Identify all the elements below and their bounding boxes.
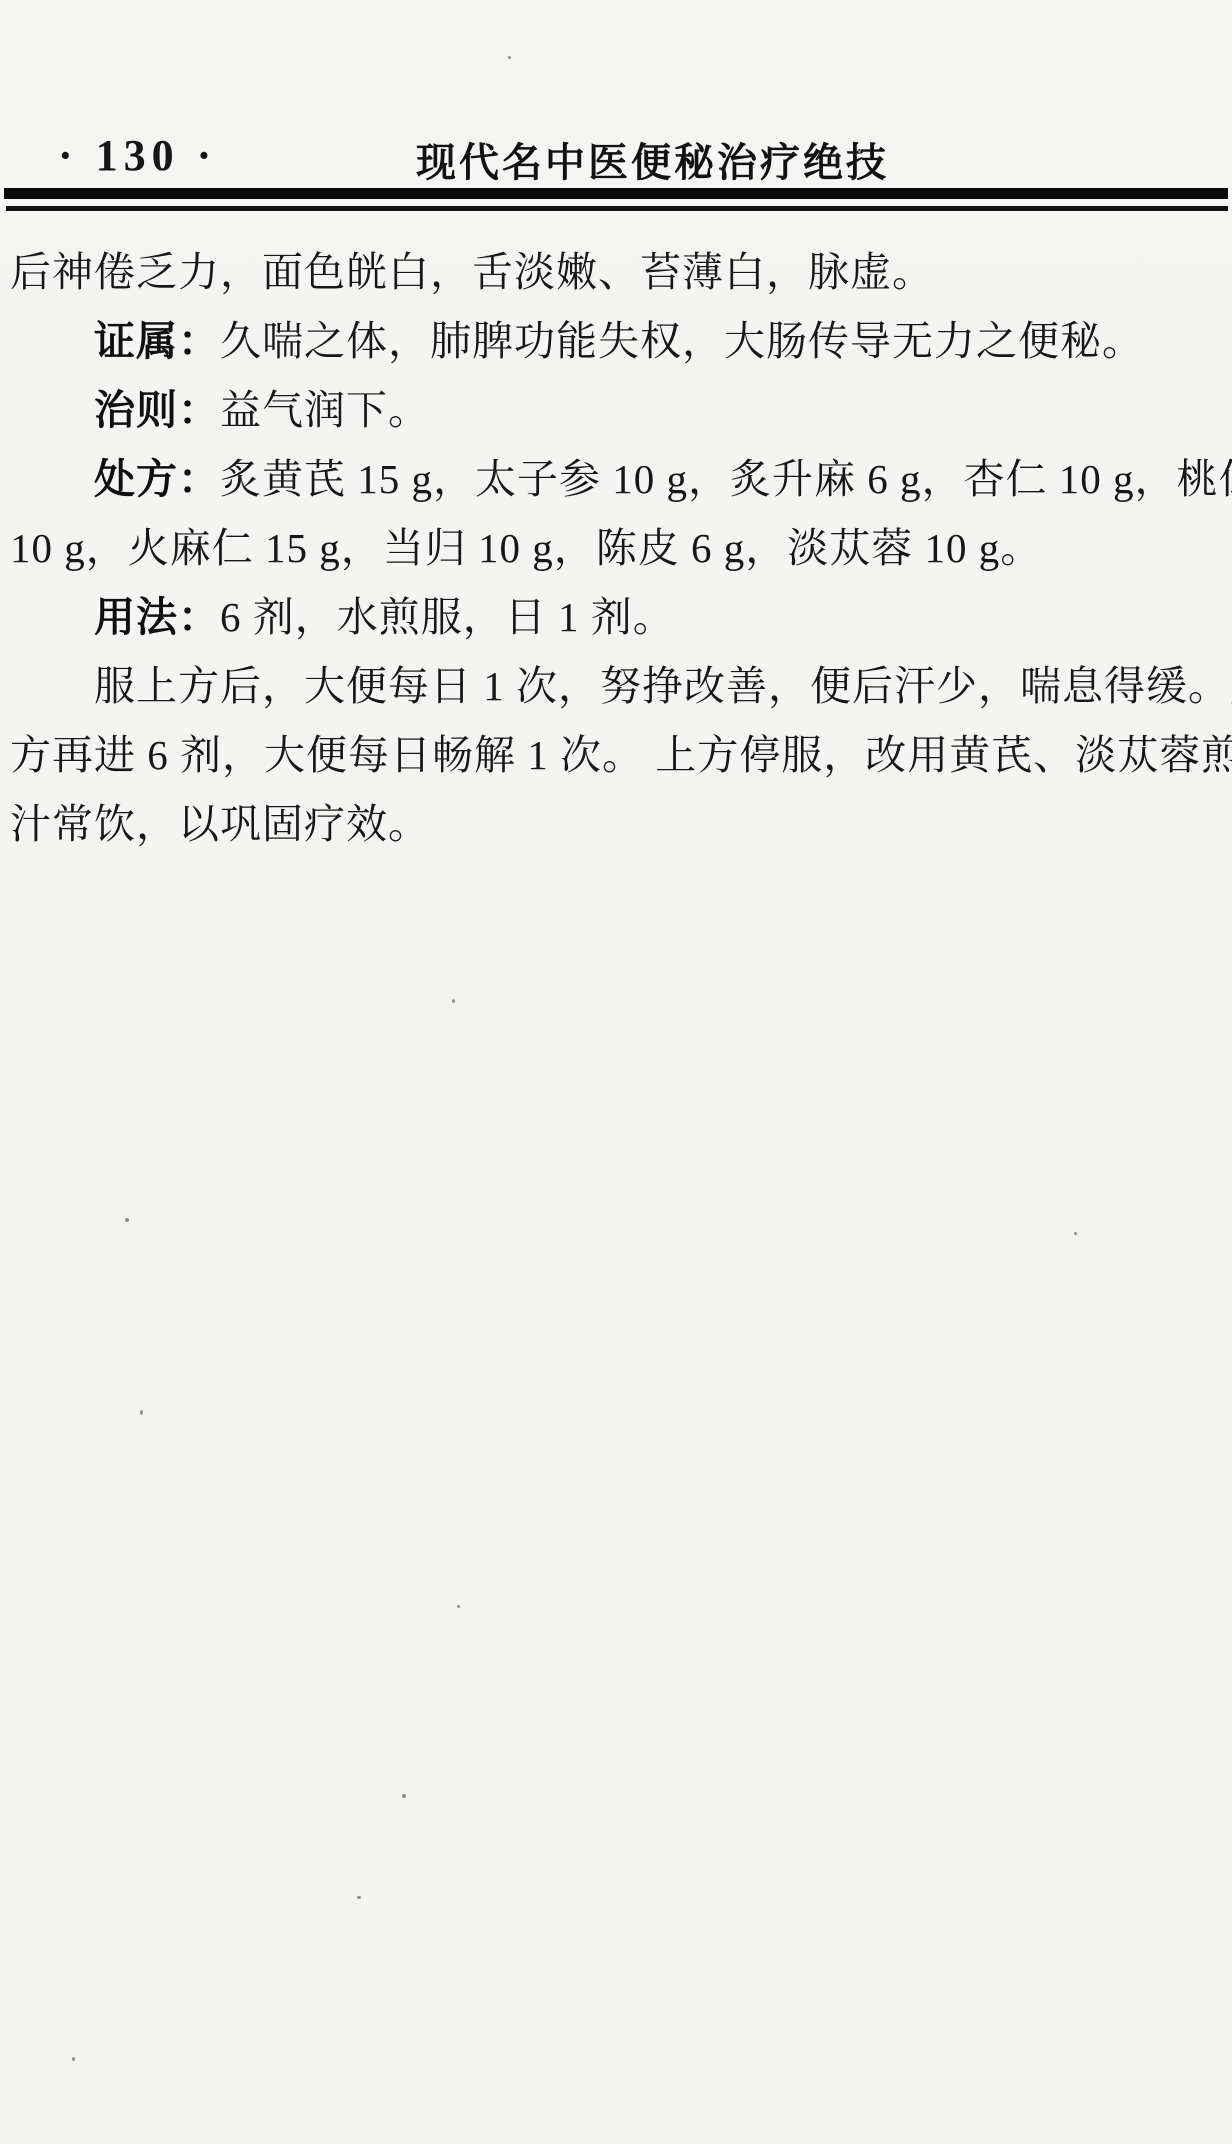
scan-speck [357,1896,361,1899]
line-text: 久喘之体，肺脾功能失权，大肠传导无力之便秘。 [220,318,1144,364]
text-line: 用法：6 剂，水煎服，日 1 剂。 [10,583,1228,652]
line-text: 汁常饮，以巩固疗效。 [10,801,430,847]
line-text: 益气润下。 [220,387,430,433]
running-title: 现代名中医便秘治疗绝技 [416,131,889,188]
line-text: 后神倦乏力，面色㿠白，舌淡嫩、苔薄白，脉虚。 [10,249,934,295]
line-label: 治则： [94,387,220,433]
line-text: 服上方后，大便每日 1 次，努挣改善，便后汗少，喘息得缓。原 [94,663,1232,709]
text-line: 方再进 6 剂，大便每日畅解 1 次。 上方停服，改用黄芪、淡苁蓉煎 [10,721,1228,790]
scan-speck [1074,1232,1077,1235]
scan-speck [402,1794,406,1798]
scan-speck [72,2057,75,2061]
scan-speck [452,999,455,1003]
text-line: 治则：益气润下。 [10,376,1228,445]
header-rule-thick [4,188,1228,199]
line-text: 10 g，火麻仁 15 g，当归 10 g，陈皮 6 g，淡苁蓉 10 g。 [10,525,1042,571]
text-line: 处方：炙黄芪 15 g，太子参 10 g，炙升麻 6 g，杏仁 10 g，桃仁 [10,445,1228,514]
line-label: 用法： [94,594,220,640]
header-rule-thin [6,206,1228,211]
body-text: 后神倦乏力，面色㿠白，舌淡嫩、苔薄白，脉虚。 证属：久喘之体，肺脾功能失权，大肠… [10,238,1228,859]
line-text: 方再进 6 剂，大便每日畅解 1 次。 上方停服，改用黄芪、淡苁蓉煎 [10,732,1232,778]
text-line: 后神倦乏力，面色㿠白，舌淡嫩、苔薄白，脉虚。 [10,238,1228,307]
page-number: · 130 · [58,130,217,181]
text-line: 10 g，火麻仁 15 g，当归 10 g，陈皮 6 g，淡苁蓉 10 g。 [10,514,1228,583]
text-line: 汁常饮，以巩固疗效。 [10,790,1228,859]
line-text: 炙黄芪 15 g，太子参 10 g，炙升麻 6 g，杏仁 10 g，桃仁 [220,456,1232,502]
scan-speck [457,1605,460,1608]
scan-speck [140,1410,143,1415]
scan-speck [858,150,861,153]
scan-speck [508,56,511,59]
line-label: 处方： [94,456,220,502]
text-line: 服上方后，大便每日 1 次，努挣改善，便后汗少，喘息得缓。原 [10,652,1228,721]
scan-speck [125,1218,129,1222]
book-page: · 130 · 现代名中医便秘治疗绝技 后神倦乏力，面色㿠白，舌淡嫩、苔薄白，脉… [0,0,1232,2144]
line-text: 6 剂，水煎服，日 1 剂。 [220,594,675,640]
text-line: 证属：久喘之体，肺脾功能失权，大肠传导无力之便秘。 [10,307,1228,376]
line-label: 证属： [94,318,220,364]
